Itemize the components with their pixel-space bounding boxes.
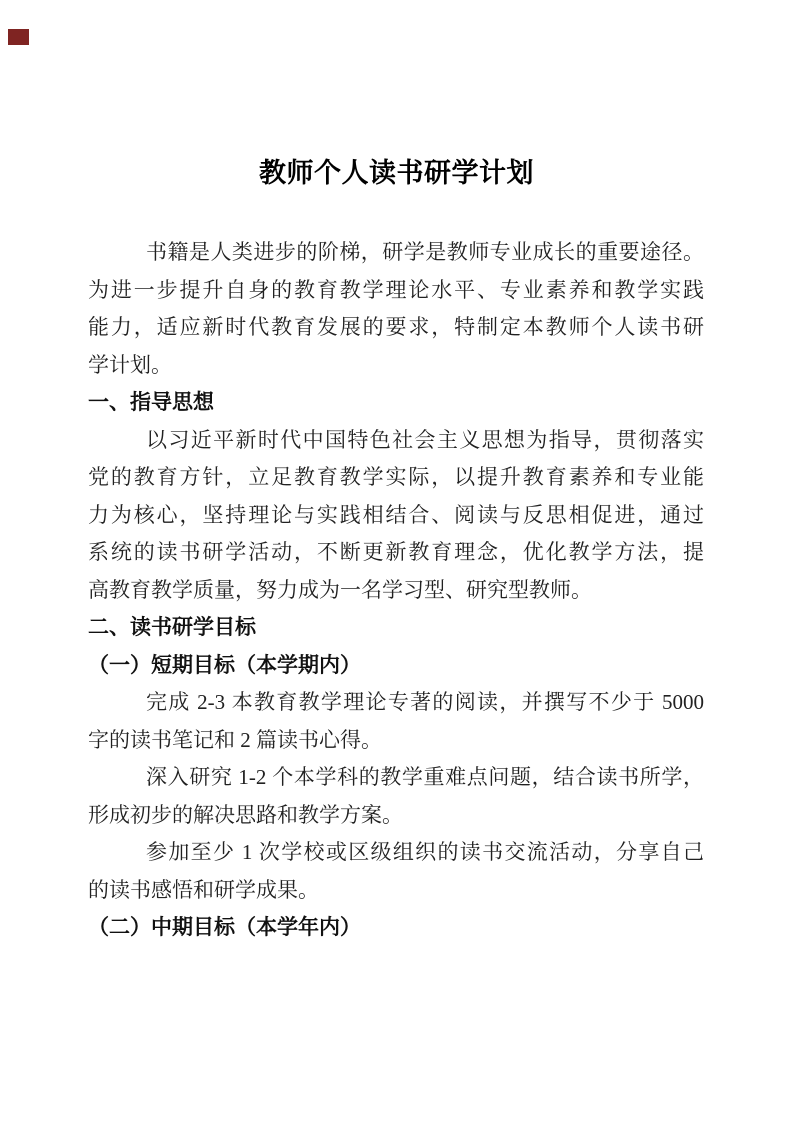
section-heading: （二）中期目标（本学年内） <box>88 909 704 947</box>
section-heading: （一）短期目标（本学期内） <box>88 647 704 685</box>
body-text-line: 形成初步的解决思路和教学方案。 <box>88 797 704 835</box>
corner-badge <box>8 29 29 45</box>
body-text-line: 高教育教学质量，努力成为一名学习型、研究型教师。 <box>88 572 704 610</box>
body-text-line: 以习近平新时代中国特色社会主义思想为指导，贯彻落实 <box>88 422 704 460</box>
body-text-line: 字的读书笔记和 2 篇读书心得。 <box>88 722 704 760</box>
body-text-line: 党的教育方针，立足教育教学实际，以提升教育素养和专业能 <box>88 459 704 497</box>
section-heading: 一、指导思想 <box>88 384 704 422</box>
body-text-line: 系统的读书研学活动，不断更新教育理念，优化教学方法，提 <box>88 534 704 572</box>
document-body: 书籍是人类进步的阶梯，研学是教师专业成长的重要途径。为进一步提升自身的教育教学理… <box>88 234 704 947</box>
body-text-line: 能力，适应新时代教育发展的要求，特制定本教师个人读书研 <box>88 309 704 347</box>
body-text-line: 完成 2-3 本教育教学理论专著的阅读，并撰写不少于 5000 <box>88 684 704 722</box>
body-text-line: 力为核心，坚持理论与实践相结合、阅读与反思相促进，通过 <box>88 497 704 535</box>
body-text-line: 的读书感悟和研学成果。 <box>88 872 704 910</box>
body-text-line: 学计划。 <box>88 347 704 385</box>
document-title: 教师个人读书研学计划 <box>0 151 793 195</box>
body-text-line: 为进一步提升自身的教育教学理论水平、专业素养和教学实践 <box>88 272 704 310</box>
document-viewport: { "page": { "background": "#ffffff", "co… <box>0 0 793 1122</box>
body-text-line: 书籍是人类进步的阶梯，研学是教师专业成长的重要途径。 <box>88 234 704 272</box>
body-text-line: 参加至少 1 次学校或区级组织的读书交流活动，分享自己 <box>88 834 704 872</box>
body-text-line: 深入研究 1-2 个本学科的教学重难点问题，结合读书所学， <box>88 759 704 797</box>
section-heading: 二、读书研学目标 <box>88 609 704 647</box>
document-page: 教师个人读书研学计划 书籍是人类进步的阶梯，研学是教师专业成长的重要途径。为进一… <box>0 0 793 1122</box>
